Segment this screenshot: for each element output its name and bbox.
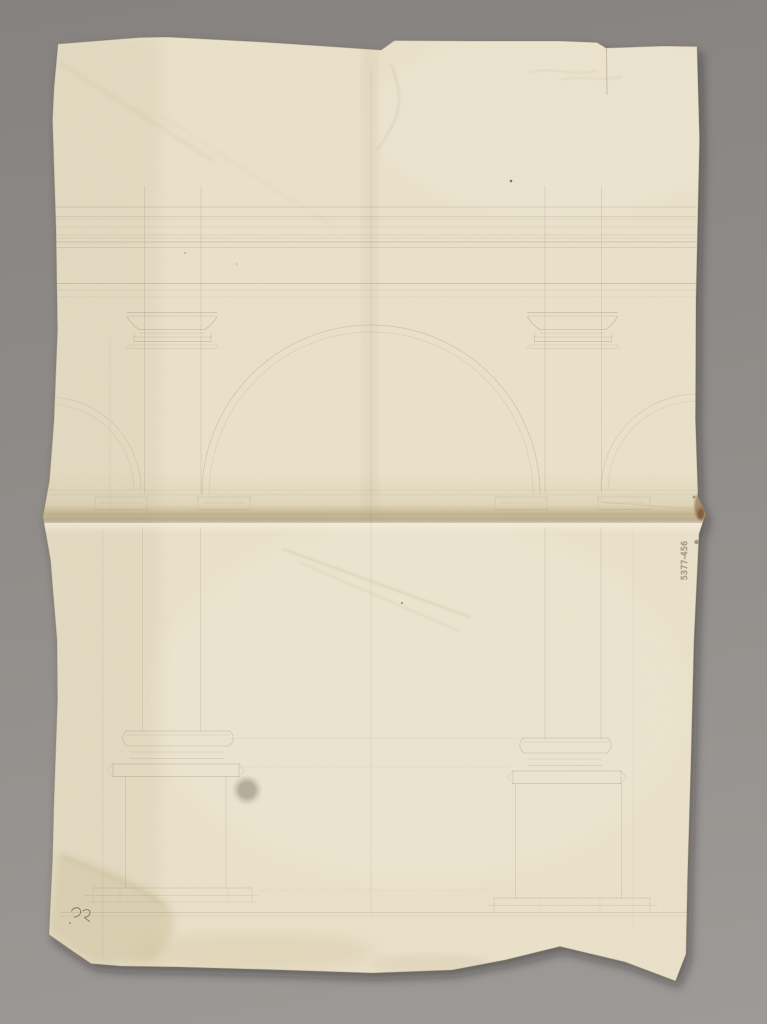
paper-texture-and-stains (40, 25, 750, 990)
archival-photo-background: 5377-456 (0, 0, 767, 1024)
architectural-drawing-photo: 5377-456 (0, 0, 767, 1024)
accession-number-inscription: 5377-456 (680, 541, 689, 580)
paper-grain (40, 30, 720, 990)
